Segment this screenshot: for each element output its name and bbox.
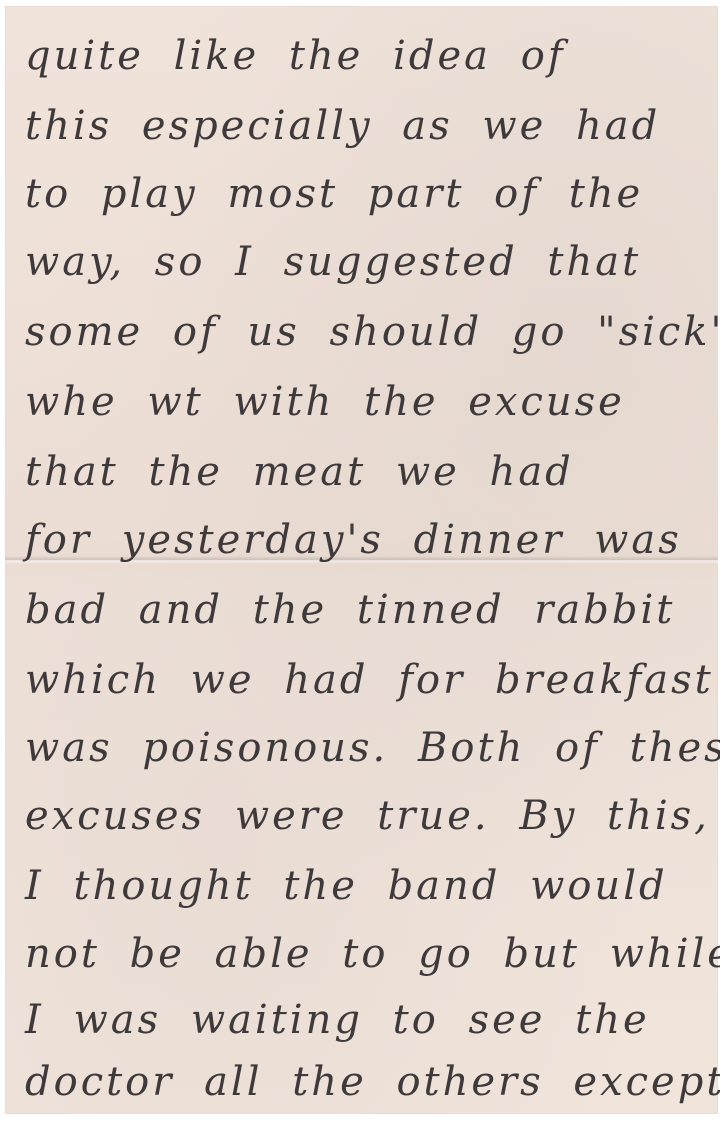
text-line-2: this especially as we had (25, 106, 660, 146)
text-line-3: to play most part of the (25, 174, 643, 214)
text-line-11: was poisonous. Both of these (25, 728, 720, 768)
text-line-4: way, so I suggested that (25, 242, 641, 282)
text-line-8: for yesterday's dinner was (25, 520, 682, 560)
text-line-12: excuses were true. By this, (25, 796, 710, 836)
text-line-13: I thought the band would (25, 866, 668, 906)
letter-page: quite like the idea of this especially a… (5, 6, 718, 1114)
text-line-6: whe wt with the excuse (25, 382, 625, 422)
text-line-16: doctor all the others except (25, 1062, 720, 1102)
text-line-10: which we had for breakfast (25, 660, 714, 700)
text-line-1: quite like the idea of (25, 36, 566, 76)
text-line-7: that the meat we had (25, 452, 574, 492)
text-line-9: bad and the tinned rabbit (25, 590, 675, 630)
text-line-15: I was waiting to see the (25, 1000, 650, 1040)
text-line-5: some of us should go "sick" (25, 312, 720, 352)
text-line-14: not be able to go but while (25, 934, 720, 974)
handwritten-text-block: quite like the idea of this especially a… (5, 6, 718, 1114)
